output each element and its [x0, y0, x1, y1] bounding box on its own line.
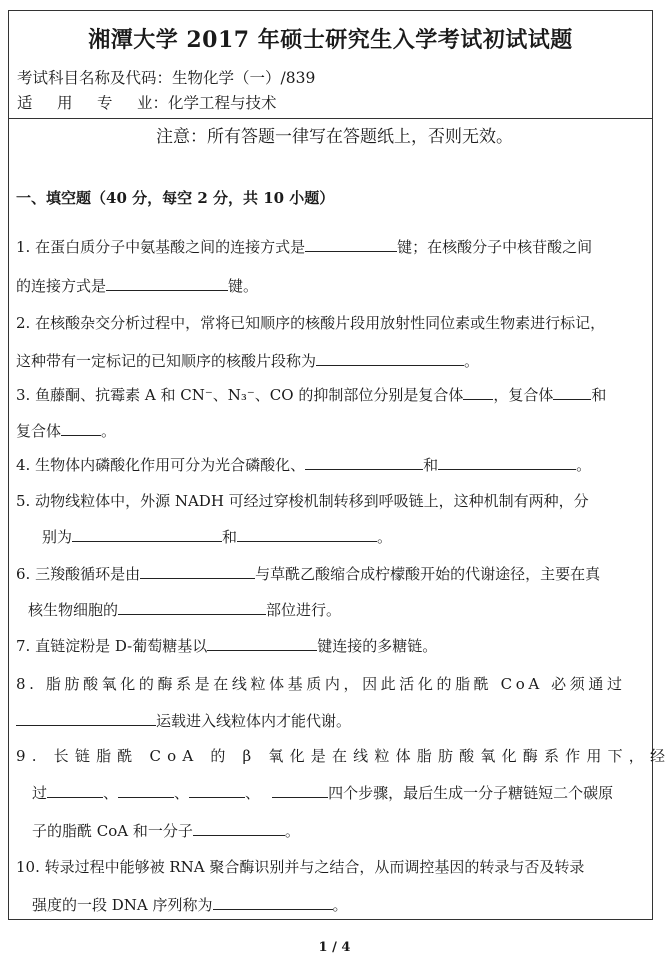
answer-blank[interactable] [118, 783, 174, 798]
answer-blank[interactable] [305, 237, 397, 252]
answer-blank[interactable] [118, 600, 266, 615]
question-9-line-2: 过、、、四个步骤，最后生成一分子糖链短二个碳原 [32, 782, 662, 803]
question-1-line-1: 1. 在蛋白质分子中氨基酸之间的连接方式是键；在核酸分子中核苷酸之间 [16, 236, 646, 257]
answer-blank[interactable] [316, 351, 464, 366]
question-2-line-2: 这种带有一定标记的已知顺序的核酸片段称为。 [16, 350, 646, 371]
question-2-line-1: 2. 在核酸杂交分析过程中，常将已知顺序的核酸片段用放射性同位素或生物素进行标记… [16, 312, 646, 333]
subject-label: 考试科目名称及代码： [17, 69, 172, 87]
answer-blank[interactable] [193, 821, 285, 836]
question-4-line-1: 4. 生物体内磷酸化作用可分为光合磷酸化、和。 [16, 454, 646, 475]
question-6-line-2: 核生物细胞的部位进行。 [28, 599, 658, 620]
answer-blank[interactable] [553, 385, 591, 400]
question-1-line-2: 的连接方式是键。 [16, 275, 646, 296]
subject-value: 生物化学（一）/839 [172, 69, 315, 87]
major-label: 适用专业： [17, 94, 168, 112]
answer-blank[interactable] [61, 421, 101, 436]
major-value: 化学工程与技术 [168, 94, 277, 112]
major-line: 适用专业：化学工程与技术 [17, 91, 277, 113]
question-8-line-1: 8. 脂肪酸氧化的酶系是在线粒体基质内，因此活化的脂酰 CoA 必须通过 [16, 673, 646, 694]
answer-blank[interactable] [16, 711, 156, 726]
question-8-line-2: 运载进入线粒体内才能代谢。 [16, 710, 646, 731]
question-10-line-2: 强度的一段 DNA 序列称为。 [32, 894, 662, 915]
answer-blank[interactable] [213, 895, 333, 910]
question-9-line-3: 子的脂酰 CoA 和一分子。 [32, 820, 662, 841]
answer-blank[interactable] [72, 527, 222, 542]
question-6-line-1: 6. 三羧酸循环是由与草酰乙酸缩合成柠檬酸开始的代谢途径，主要在真 [16, 563, 646, 584]
answer-blank[interactable] [305, 455, 423, 470]
answer-blank[interactable] [438, 455, 576, 470]
question-5-line-1: 5. 动物线粒体中，外源 NADH 可经过穿梭机制转移到呼吸链上，这种机制有两种… [16, 490, 646, 511]
answer-blank[interactable] [106, 276, 228, 291]
answer-blank[interactable] [47, 783, 103, 798]
section-title: 一、填空题（40 分，每空 2 分，共 10 小题） [16, 187, 334, 208]
question-7-line-1: 7. 直链淀粉是 D-葡萄糖基以键连接的多糖链。 [16, 635, 646, 656]
question-3-line-1: 3. 鱼藤酮、抗霉素 A 和 CN⁻、N₃⁻、CO 的抑制部位分别是复合体，复合… [16, 384, 646, 405]
answer-blank[interactable] [463, 385, 493, 400]
exam-title: 湘潭大学 2017 年硕士研究生入学考试初试试题 [9, 23, 652, 54]
exam-notice: 注意：所有答题一律写在答题纸上，否则无效。 [0, 122, 669, 147]
question-10-line-1: 10. 转录过程中能够被 RNA 聚合酶识别并与之结合，从而调控基因的转录与否及… [16, 856, 646, 877]
answer-blank[interactable] [207, 636, 317, 651]
question-5-line-2: 别为和。 [42, 526, 669, 547]
question-3-line-2: 复合体。 [16, 420, 646, 441]
answer-blank[interactable] [140, 564, 255, 579]
subject-line: 考试科目名称及代码：生物化学（一）/839 [17, 66, 315, 88]
answer-blank[interactable] [237, 527, 377, 542]
answer-blank[interactable] [272, 783, 328, 798]
exam-header: 湘潭大学 2017 年硕士研究生入学考试初试试题 考试科目名称及代码：生物化学（… [9, 11, 652, 119]
answer-blank[interactable] [189, 783, 245, 798]
page-number: 1 / 4 [0, 940, 669, 955]
question-9-line-1: 9. 长链脂酰 CoA 的 β 氧化是在线粒体脂肪酸氧化酶系作用下，经 [16, 745, 646, 766]
